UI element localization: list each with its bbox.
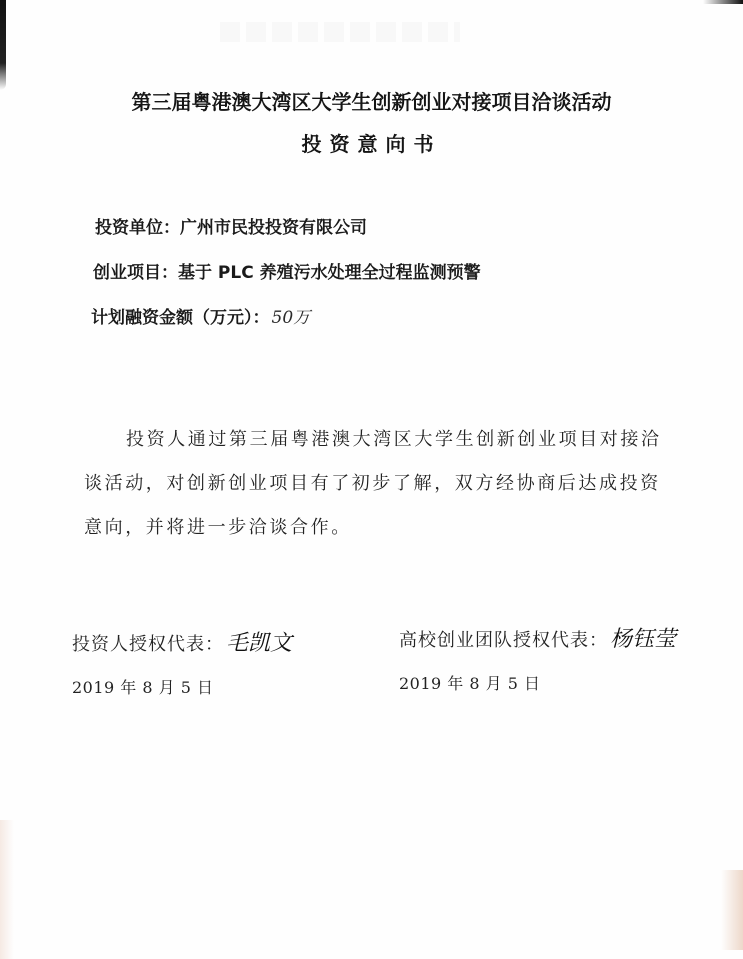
signature-date: 2019 年 8 月 5 日 [399, 671, 676, 694]
handwritten-amount: 50万 [272, 308, 311, 328]
body-line: 谈活动，对创新创业项目有了初步了解，双方经协商后达成投资 [84, 462, 684, 506]
body-line: 投资人通过第三届粤港澳大湾区大学生创新创业项目对接洽 [84, 418, 684, 462]
field-value: 基于 PLC 养殖污水处理全过程监测预警 [178, 263, 481, 283]
handwritten-signature: 杨钰莹 [610, 627, 676, 652]
scan-edge-shadow [0, 0, 6, 90]
paper-stain [0, 820, 14, 959]
body-paragraph: 投资人通过第三届粤港澳大湾区大学生创新创业项目对接洽 谈活动，对创新创业项目有了… [84, 418, 684, 550]
investor-signature-block: 投资人授权代表：毛凯文 2019 年 8 月 5 日 [72, 626, 292, 698]
signature-label: 高校创业团队授权代表： [399, 630, 608, 651]
team-signature-block: 高校创业团队授权代表：杨钰莹 2019 年 8 月 5 日 [399, 622, 676, 694]
handwritten-signature: 毛凯文 [226, 631, 292, 656]
field-value: 广州市民投投资有限公司 [180, 218, 367, 238]
field-label: 计划融资金额（万元）： [91, 308, 270, 328]
field-investor-unit: 投资单位：广州市民投投资有限公司 [95, 213, 367, 238]
document-subtitle: 投资意向书 [0, 128, 743, 157]
paper-stain [721, 870, 743, 950]
scanned-document-page: 第三届粤港澳大湾区大学生创新创业对接项目洽谈活动 投资意向书 投资单位：广州市民… [0, 0, 743, 959]
signature-date: 2019 年 8 月 5 日 [72, 675, 292, 698]
body-line: 意向，并将进一步洽谈合作。 [84, 506, 684, 550]
bleed-through-text [220, 22, 460, 42]
field-funding-amount: 计划融资金额（万元）：50万 [91, 303, 310, 328]
field-label: 投资单位： [95, 218, 180, 238]
scan-edge-shadow [703, 0, 743, 4]
field-label: 创业项目： [93, 263, 178, 283]
signature-label: 投资人授权代表： [72, 634, 224, 655]
field-project: 创业项目：基于 PLC 养殖污水处理全过程监测预警 [93, 258, 481, 283]
document-title: 第三届粤港澳大湾区大学生创新创业对接项目洽谈活动 [0, 86, 743, 115]
